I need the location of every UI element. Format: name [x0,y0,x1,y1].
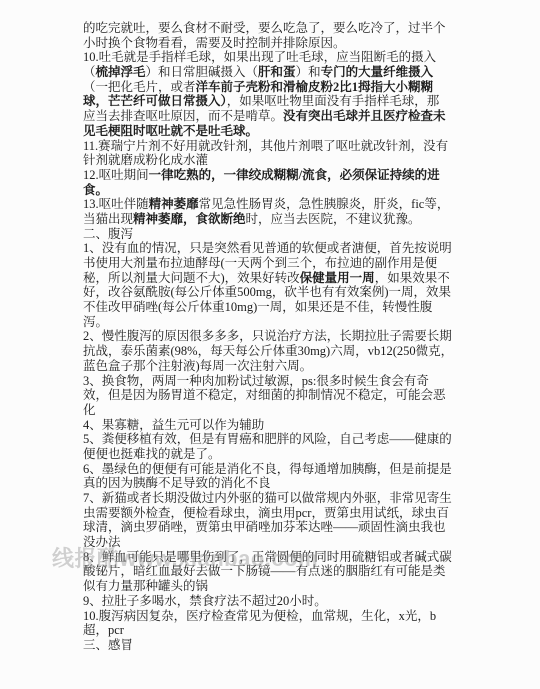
text-line: 的吃完就吐，要么食材不耐受，要么吃急了，要么吃冷了，过半个 [83,21,478,36]
text-line: 球清，滴虫罗硝唑，贾第虫甲硝唑加芬苯达唑——顽固性滴虫我也 [83,520,478,535]
text-line: 没办法 [83,535,478,550]
text-segment: 没办法 [83,535,121,549]
text-segment: 10.吐毛就是手指样毛球，如果出现了吐毛球，应当阻断毛的摄入 [83,50,436,64]
text-line: 1、没有血的情况，只是突然看见普通的软便或者溏便，首先按说明 [83,241,478,256]
text-line: （梳掉浮毛）和日常胆碱摄入（肝和蛋）和专门的大量纤维摄入 [83,65,478,80]
text-segment: 针剂就磨成粉化成水灌 [83,153,208,167]
text-segment: 书使用大剂量布拉迪酵母(一天两个到三个，布拉迪的副作用是便 [83,256,437,270]
text-line: 11.赛瑞宁片剂不好用就改针剂，其他片剂喂了呕吐就改针剂，没有 [83,139,478,154]
text-segment: 抗战，泰乐菌素(98%，每天每公斤体重30mg)六周，vb12(250微克， [83,344,453,358]
text-line: 书使用大剂量布拉迪酵母(一天两个到三个，布拉迪的副作用是便 [83,256,478,271]
text-segment-bold: 精神萎靡 [149,197,199,211]
text-segment: 3、换食物，两周一种肉加粉试过敏源，ps:很多时候生食会有奇 [83,374,429,388]
text-line: 小时换个食物看看，需要及时控制并排除原因。 [83,36,478,51]
text-line: 食。 [83,183,478,198]
text-segment: 8、鲜血可能只是哪里伤到了，正常圆便的同时用硫糖铝或者碱式碳 [83,550,452,564]
text-segment: （一把化毛片，或者 [83,80,196,94]
text-segment-bold: 球，芒芒纤可做日常摄入） [83,94,227,108]
text-line: 4、果寡糖，益生元可以作为辅助 [83,418,478,433]
text-segment-bold: 保健量用一周 [300,271,375,285]
text-line: 7、新猫或者长期没做过内外驱的猫可以做常规内外驱，非常见寄生 [83,491,478,506]
text-segment: 不佳改甲硝唑(每公斤体重10mg)一周，如果还是不佳，转慢性腹 [83,300,432,314]
document-text: 的吃完就吐，要么食材不耐受，要么吃急了，要么吃冷了，过半个小时换个食物看看，需要… [83,21,478,653]
text-line: 5、粪便移植有效，但是有胃癌和肥胖的风险，自己考虑——健康的 [83,432,478,447]
text-segment: 5、粪便移植有效，但是有胃癌和肥胖的风险，自己考虑——健康的 [83,432,452,446]
text-segment: 似有力量那种罐头的锅 [83,579,208,593]
text-line: 针剂就磨成粉化成水灌 [83,153,478,168]
text-segment: 当猫出现 [83,212,133,226]
text-segment: 常见急性肠胃炎，急性胰腺炎，肝炎，fic等， [199,197,450,211]
text-line: 13.呕吐伴随精神萎靡常见急性肠胃炎，急性胰腺炎，肝炎，fic等， [83,197,478,212]
text-segment: 效，但是因为肠胃道不稳定，对细菌的抑制情况不稳定，可能会恶 [83,388,446,402]
text-segment: 1、没有血的情况，只是突然看见普通的软便或者溏便，首先按说明 [83,241,452,255]
text-segment-bold: 肝和蛋 [258,65,296,79]
text-segment: 13.呕吐伴随 [83,197,149,211]
text-line: 3、换食物，两周一种肉加粉试过敏源，ps:很多时候生食会有奇 [83,374,478,389]
text-line: 10.吐毛就是手指样毛球，如果出现了吐毛球，应当阻断毛的摄入 [83,50,478,65]
text-line: 泻。 [83,315,478,330]
text-segment: 的吃完就吐，要么食材不耐受，要么吃急了，要么吃冷了，过半个 [83,21,446,35]
text-line: 三、感冒 [83,638,478,653]
text-line: 超，pcr [83,623,478,638]
text-segment: （ [83,65,96,79]
text-segment: ）和日常胆碱摄入（ [146,65,259,79]
text-segment: 好，改谷氨酰胺(每公斤体重500mg，砍半也有有效案例)一周，效果 [83,285,451,299]
text-segment-bold: 食。 [83,183,108,197]
text-line: 见毛梗阻时呕吐就不是吐毛球。 [83,124,478,139]
text-segment: ，如果效果不 [375,271,450,285]
text-segment: 12.呕吐期间 [83,168,149,182]
text-line: 好，改谷氨酰胺(每公斤体重500mg，砍半也有有效案例)一周，效果 [83,285,478,300]
text-line: 酸铋片，暗红血最好去做一下肠镜——有点迷的胭脂红有可能是类 [83,564,478,579]
text-segment: 便便也挺难找的就是了。 [83,447,221,461]
text-segment-bold: 专门的大量纤维摄入 [321,65,434,79]
text-segment-bold: 没有突出毛球并且医疗检查未 [283,109,446,123]
text-segment: 酸铋片，暗红血最好去做一下肠镜——有点迷的胭脂红有可能是类 [83,564,446,578]
text-line: （一把化毛片，或者洋车前子壳粉和滑榆皮粉2比1拇指大小糊糊 [83,80,478,95]
text-segment: 应当去排查呕吐原因，而不是啃草。 [83,109,283,123]
text-segment: 三、感冒 [83,638,133,652]
text-line: 不佳改甲硝唑(每公斤体重10mg)一周，如果还是不佳，转慢性腹 [83,300,478,315]
document-page: 的吃完就吐，要么食材不耐受，要么吃急了，要么吃冷了，过半个小时换个食物看看，需要… [0,0,540,689]
text-segment-bold: 梳掉浮毛 [96,65,146,79]
text-segment-bold: 见毛梗阻时呕吐就不是吐毛球。 [83,124,258,138]
text-segment: 时，应当去医院，不建议犹豫。 [246,212,421,226]
text-segment-bold: 精神萎靡，食欲断绝 [133,212,246,226]
text-line: 化 [83,403,478,418]
text-segment-bold: 洋车前子壳粉和滑榆皮粉2比1拇指大小糊糊 [196,80,434,94]
text-segment: 真的因为胰酶不足导致的消化不良 [83,476,271,490]
text-segment: ）和 [296,65,321,79]
text-line: 应当去排查呕吐原因，而不是啃草。没有突出毛球并且医疗检查未 [83,109,478,124]
text-segment: 小时换个食物看看，需要及时控制并排除原因。 [83,36,346,50]
text-segment-bold: 一律吃熟的，一律绞成糊糊/流食，必须保证持续的进 [149,168,440,182]
text-line: 当猫出现精神萎靡，食欲断绝时，应当去医院，不建议犹豫。 [83,212,478,227]
text-segment: 2、慢性腹泻的原因很多多多，只说治疗方法，长期拉肚子需要长期 [83,329,452,343]
text-line: 2、慢性腹泻的原因很多多多，只说治疗方法，长期拉肚子需要长期 [83,329,478,344]
text-line: 10.腹泻病因复杂，医疗检查常见为便检，血常规，生化，x光，b [83,609,478,624]
text-line: 二、腹泻 [83,227,478,242]
text-segment: 7、新猫或者长期没做过内外驱的猫可以做常规内外驱，非常见寄生 [83,491,452,505]
text-segment: 6、墨绿色的便便有可能是消化不良，得每通增加胰酶，但是前提是 [83,462,452,476]
text-segment: 超，pcr [83,623,124,637]
text-segment: 4、果寡糖，益生元可以作为辅助 [83,418,264,432]
text-segment: 化 [83,403,96,417]
text-segment: 9、拉肚子多喝水，禁食疗法不超过20小时。 [83,594,327,608]
text-line: 蓝色盒子那个注射液)每周一次注射六周。 [83,359,478,374]
text-segment: 11.赛瑞宁片剂不好用就改针剂，其他片剂喂了呕吐就改针剂，没有 [83,139,448,153]
text-line: 抗战，泰乐菌素(98%，每天每公斤体重30mg)六周，vb12(250微克， [83,344,478,359]
text-line: 效，但是因为肠胃道不稳定，对细菌的抑制情况不稳定，可能会恶 [83,388,478,403]
text-segment: 泻。 [83,315,108,329]
text-line: 秘，所以剂量大问题不大)，效果好转改保健量用一周，如果效果不 [83,271,478,286]
text-segment: 蓝色盒子那个注射液)每周一次注射六周。 [83,359,312,373]
text-line: 真的因为胰酶不足导致的消化不良 [83,476,478,491]
text-line: 便便也挺难找的就是了。 [83,447,478,462]
text-line: 似有力量那种罐头的锅 [83,579,478,594]
text-line: 8、鲜血可能只是哪里伤到了，正常圆便的同时用硫糖铝或者碱式碳 [83,550,478,565]
text-line: 虫需要额外检查，便检看球虫，滴虫用pcr，贾第虫用试纸，球虫百 [83,506,478,521]
text-segment: 二、腹泻 [83,227,133,241]
text-segment: 10.腹泻病因复杂，医疗检查常见为便检，血常规，生化，x光，b [83,609,436,623]
text-segment: 虫需要额外检查，便检看球虫，滴虫用pcr，贾第虫用试纸，球虫百 [83,506,449,520]
text-line: 6、墨绿色的便便有可能是消化不良，得每通增加胰酶，但是前提是 [83,462,478,477]
text-segment: ，如果呕吐物里面没有手指样毛球，那 [227,94,440,108]
text-line: 球，芒芒纤可做日常摄入），如果呕吐物里面没有手指样毛球，那 [83,94,478,109]
text-line: 9、拉肚子多喝水，禁食疗法不超过20小时。 [83,594,478,609]
text-segment: 秘，所以剂量大问题不大)，效果好转改 [83,271,300,285]
text-line: 12.呕吐期间一律吃熟的，一律绞成糊糊/流食，必须保证持续的进 [83,168,478,183]
text-segment: 球清，滴虫罗硝唑，贾第虫甲硝唑加芬苯达唑——顽固性滴虫我也 [83,520,446,534]
